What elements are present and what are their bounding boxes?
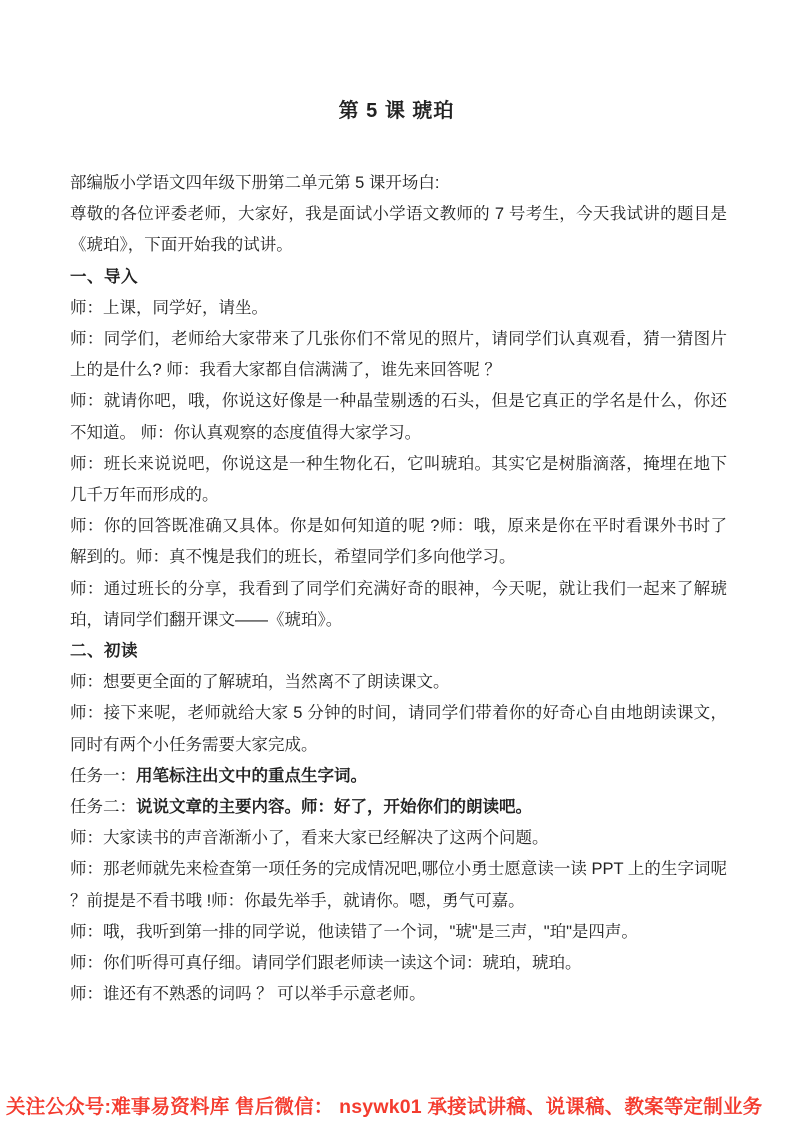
paragraph-text: 用笔标注出文中的重点生字词。: [136, 767, 367, 785]
document-page: 第 5 课 琥珀 部编版小学语文四年级下册第二单元第 5 课开场白:尊敬的各位评…: [0, 0, 793, 1122]
paragraph: 师：哦，我听到第一排的同学说，他读错了一个词，"琥"是三声，"珀"是四声。: [70, 917, 727, 948]
paragraph: 师：想要更全面的了解琥珀，当然离不了朗读课文。: [70, 667, 727, 698]
paragraph-text: 师：你的回答既准确又具体。你是如何知道的呢 ?师：哦，原来是你在平时看课外书时了…: [70, 517, 727, 566]
paragraph-text: 师：通过班长的分享，我看到了同学们充满好奇的眼神，今天呢，就让我们一起来了解琥珀…: [70, 580, 727, 629]
paragraph-text: 一、导入: [70, 268, 138, 286]
paragraph-text: 师：班长来说说吧，你说这是一种生物化石，它叫琥珀。其实它是树脂滴落，掩埋在地下几…: [70, 455, 727, 504]
paragraph: 任务二：说说文章的主要内容。师：好了，开始你们的朗读吧。: [70, 792, 727, 823]
paragraph: 师：谁还有不熟悉的词吗 ？ 可以举手示意老师。: [70, 979, 727, 1010]
paragraph: 师：接下来呢，老师就给大家 5 分钟的时间，请同学们带着你的好奇心自由地朗读课文…: [70, 698, 727, 760]
paragraph-text: 师：接下来呢，老师就给大家 5 分钟的时间，请同学们带着你的好奇心自由地朗读课文…: [70, 704, 727, 753]
paragraph-text: 师：哦，我听到第一排的同学说，他读错了一个词，"琥"是三声，"珀"是四声。: [70, 923, 638, 941]
paragraph: 师：你们听得可真仔细。请同学们跟老师读一读这个词：琥珀，琥珀。: [70, 948, 727, 979]
paragraph-lead: 任务一：: [70, 767, 136, 785]
paragraph: 师：那老师就先来检查第一项任务的完成情况吧,哪位小勇士愿意读一读 PPT 上的生…: [70, 854, 727, 916]
page-title: 第 5 课 琥珀: [0, 98, 793, 124]
paragraph: 任务一：用笔标注出文中的重点生字词。: [70, 761, 727, 792]
paragraph: 二、初读: [70, 636, 727, 667]
paragraph: 一、导入: [70, 262, 727, 293]
promo-footer-text: 关注公众号:难事易资料库 售后微信： nsywk01 承接试讲稿、说课稿、教案等…: [6, 1096, 762, 1118]
paragraph: 部编版小学语文四年级下册第二单元第 5 课开场白:: [70, 168, 727, 199]
promo-footer: 关注公众号:难事易资料库 售后微信： nsywk01 承接试讲稿、说课稿、教案等…: [0, 1091, 793, 1119]
paragraph-text: 师：大家读书的声音渐渐小了，看来大家已经解决了这两个问题。: [70, 829, 549, 847]
paragraph-text: 师：就请你吧，哦，你说这好像是一种晶莹剔透的石头，但是它真正的学名是什么，你还不…: [70, 392, 727, 441]
document-body: 部编版小学语文四年级下册第二单元第 5 课开场白:尊敬的各位评委老师，大家好，我…: [70, 168, 727, 1010]
paragraph: 师：就请你吧，哦，你说这好像是一种晶莹剔透的石头，但是它真正的学名是什么，你还不…: [70, 386, 727, 448]
paragraph-text: 尊敬的各位评委老师，大家好，我是面试小学语文教师的 7 号考生，今天我试讲的题目…: [70, 205, 727, 254]
paragraph-text: 二、初读: [70, 642, 138, 660]
paragraph: 师：上课，同学好，请坐。: [70, 293, 727, 324]
paragraph: 师：大家读书的声音渐渐小了，看来大家已经解决了这两个问题。: [70, 823, 727, 854]
paragraph: 师：通过班长的分享，我看到了同学们充满好奇的眼神，今天呢，就让我们一起来了解琥珀…: [70, 574, 727, 636]
paragraph-text: 部编版小学语文四年级下册第二单元第 5 课开场白:: [70, 174, 439, 192]
paragraph: 尊敬的各位评委老师，大家好，我是面试小学语文教师的 7 号考生，今天我试讲的题目…: [70, 199, 727, 261]
paragraph-text: 师：同学们，老师给大家带来了几张你们不常见的照片，请同学们认真观看，猜一猜图片上…: [70, 330, 727, 379]
paragraph: 师：同学们，老师给大家带来了几张你们不常见的照片，请同学们认真观看，猜一猜图片上…: [70, 324, 727, 386]
paragraph-text: 师：那老师就先来检查第一项任务的完成情况吧,哪位小勇士愿意读一读 PPT 上的生…: [70, 860, 727, 909]
paragraph-text: 师：上课，同学好，请坐。: [70, 299, 268, 317]
paragraph: 师：班长来说说吧，你说这是一种生物化石，它叫琥珀。其实它是树脂滴落，掩埋在地下几…: [70, 449, 727, 511]
paragraph-lead: 任务二：: [70, 798, 136, 816]
paragraph-text: 师：你们听得可真仔细。请同学们跟老师读一读这个词：琥珀，琥珀。: [70, 954, 582, 972]
paragraph-text: 说说文章的主要内容。师：好了，开始你们的朗读吧。: [136, 798, 532, 816]
paragraph: 师：你的回答既准确又具体。你是如何知道的呢 ?师：哦，原来是你在平时看课外书时了…: [70, 511, 727, 573]
paragraph-text: 师：想要更全面的了解琥珀，当然离不了朗读课文。: [70, 673, 450, 691]
paragraph-text: 师：谁还有不熟悉的词吗 ？ 可以举手示意老师。: [70, 985, 426, 1003]
